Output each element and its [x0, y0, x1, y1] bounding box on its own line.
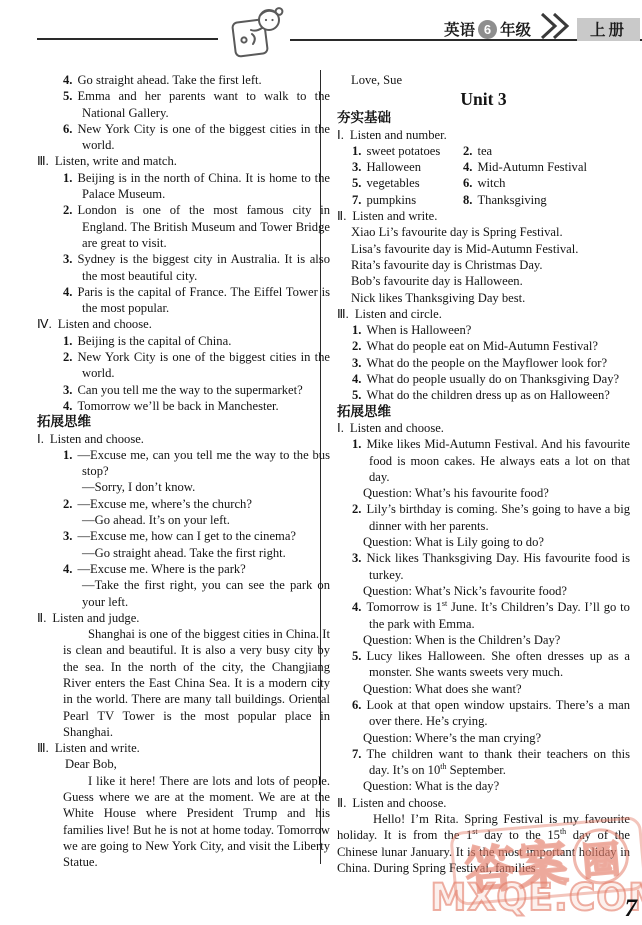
- item-text: Mid-Autumn Festival: [477, 160, 587, 174]
- list-item: 6.New York City is one of the biggest ci…: [37, 121, 330, 154]
- item-marker: 2.: [63, 203, 72, 217]
- item-text: Can you tell me the way to the supermark…: [77, 383, 302, 397]
- item-marker: 4.: [63, 399, 72, 413]
- item-marker: 1.: [352, 323, 361, 337]
- list-item: 2.—Excuse me, where’s the church?: [37, 496, 330, 512]
- item-marker: 4.: [352, 372, 361, 386]
- section-title: Listen and choose.: [58, 317, 152, 331]
- list-item: 5.vegetables: [352, 175, 463, 191]
- item-marker: 1.: [63, 171, 72, 185]
- list-item: 2.London is one of the most famous city …: [37, 202, 330, 251]
- answer-line: Lisa’s favourite day is Mid-Autumn Festi…: [337, 241, 630, 257]
- item-text: What do the people on the Mayflower look…: [366, 356, 607, 370]
- question-line: Question: What does she want?: [337, 681, 630, 697]
- item-marker: 4.: [463, 160, 472, 174]
- list-item: 2.New York City is one of the biggest ci…: [37, 349, 330, 382]
- answer-line: Nick likes Thanksgiving Day best.: [337, 290, 630, 306]
- paragraph: I like it here! There are lots and lots …: [37, 773, 330, 871]
- question-line: Question: What is Lily going to do?: [337, 534, 630, 550]
- item-text: Lily’s birthday is coming. She’s going t…: [366, 502, 630, 532]
- section-numeral: Ⅱ.: [337, 209, 346, 223]
- item-marker: 3.: [352, 551, 361, 565]
- paragraph: Hello! I’m Rita. Spring Festival is my f…: [337, 811, 630, 876]
- item-marker: 3.: [63, 529, 72, 543]
- section-title: Listen and write.: [55, 741, 140, 755]
- item-text: —Excuse me, how can I get to the cinema?: [77, 529, 296, 543]
- list-item: 1.—Excuse me, can you tell me the way to…: [37, 447, 330, 480]
- item-text: —Excuse me, where’s the church?: [77, 497, 252, 511]
- item-marker: 2.: [63, 350, 72, 364]
- item-marker: 7.: [352, 747, 361, 761]
- section-numeral: Ⅲ.: [337, 307, 349, 321]
- item-marker: 2.: [352, 502, 361, 516]
- item-text: Nick likes Thanksgiving Day. His favouri…: [366, 551, 630, 581]
- question-line: Question: What’s his favourite food?: [337, 485, 630, 501]
- dialog-reply: —Go ahead. It’s on your left.: [37, 512, 330, 528]
- subject-label: 英语: [444, 18, 475, 40]
- item-marker: 1.: [352, 437, 361, 451]
- section-title: Listen and circle.: [355, 307, 442, 321]
- item-marker: 2.: [463, 144, 472, 158]
- list-item: 4.What do people usually do on Thanksgiv…: [337, 371, 630, 387]
- list-item: 3.—Excuse me, how can I get to the cinem…: [37, 528, 330, 544]
- item-text: Mike likes Mid-Autumn Festival. And his …: [366, 437, 630, 484]
- list-item: 6.Look at that open window upstairs. The…: [337, 697, 630, 730]
- item-text: Halloween: [366, 160, 421, 174]
- section-numeral: Ⅰ.: [337, 128, 344, 142]
- letter-salutation: Dear Bob,: [37, 756, 330, 772]
- section-heading: Ⅱ.Listen and judge.: [37, 610, 330, 626]
- right-column: Love, Sue Unit 3 夯实基础 Ⅰ.Listen and numbe…: [337, 72, 630, 876]
- item-marker: 2.: [63, 497, 72, 511]
- item-marker: 1.: [63, 448, 72, 462]
- item-text: Sydney is the biggest city in Australia.…: [77, 252, 330, 282]
- item-text: tea: [477, 144, 492, 158]
- item-text: New York City is one of the biggest citi…: [77, 122, 330, 152]
- item-text: What do people eat on Mid-Autumn Festiva…: [366, 339, 598, 353]
- page-number: 7: [625, 895, 638, 923]
- section-heading: Ⅱ.Listen and write.: [337, 208, 630, 224]
- item-text: New York City is one of the biggest citi…: [77, 350, 330, 380]
- item-marker: 5.: [352, 649, 361, 663]
- section-title: Listen and choose.: [350, 421, 444, 435]
- item-marker: 2.: [352, 339, 361, 353]
- item-marker: 1.: [352, 144, 361, 158]
- question-line: Question: What is the day?: [337, 778, 630, 794]
- item-text: vegetables: [366, 176, 419, 190]
- item-marker: 4.: [63, 562, 72, 576]
- item-text: pumpkins: [366, 193, 416, 207]
- list-item: 2.tea: [463, 143, 630, 159]
- item-text: Go straight ahead. Take the first left.: [77, 73, 261, 87]
- list-item: 7.pumpkins: [352, 192, 463, 208]
- item-text: Beijing is the capital of China.: [77, 334, 231, 348]
- item-text: sweet potatoes: [366, 144, 440, 158]
- edition-label: 英语 6 年级 上册: [444, 15, 640, 43]
- chinese-section-heading: 拓展思维: [337, 404, 630, 420]
- grade-suffix-label: 年级: [500, 18, 531, 40]
- section-title: Listen and number.: [350, 128, 447, 142]
- item-marker: 5.: [352, 388, 361, 402]
- item-marker: 4.: [352, 600, 361, 614]
- list-item: 2.Lily’s birthday is coming. She’s going…: [337, 501, 630, 534]
- left-column: 4.Go straight ahead. Take the first left…: [37, 72, 330, 871]
- section-title: Listen and write.: [352, 209, 437, 223]
- item-marker: 4.: [63, 73, 72, 87]
- section-numeral: Ⅱ.: [37, 611, 46, 625]
- item-text: Look at that open window upstairs. There…: [366, 698, 630, 728]
- item-text: —Excuse me, can you tell me the way to t…: [77, 448, 330, 478]
- dialog-reply: —Sorry, I don’t know.: [37, 479, 330, 495]
- list-item: 3.What do the people on the Mayflower lo…: [337, 355, 630, 371]
- list-item: 3.Can you tell me the way to the superma…: [37, 382, 330, 398]
- list-item: 6.witch: [463, 175, 630, 191]
- section-title: Listen and judge.: [52, 611, 139, 625]
- section-heading: Ⅲ.Listen, write and match.: [37, 153, 330, 169]
- section-title: Listen and choose.: [50, 432, 144, 446]
- list-item: 1.When is Halloween?: [337, 322, 630, 338]
- section-numeral: Ⅲ.: [37, 154, 49, 168]
- section-title: Listen and choose.: [352, 796, 446, 810]
- item-text: London is one of the most famous city in…: [77, 203, 330, 250]
- list-item: 5.What do the children dress up as on Ha…: [337, 387, 630, 403]
- question-line: Question: When is the Children’s Day?: [337, 632, 630, 648]
- item-text: Thanksgiving: [477, 193, 546, 207]
- letter-signature: Love, Sue: [337, 72, 630, 88]
- item-text: What do people usually do on Thanksgivin…: [366, 372, 619, 386]
- section-title: Listen, write and match.: [55, 154, 177, 168]
- volume-label: 上册: [577, 18, 640, 41]
- list-item: 4.Go straight ahead. Take the first left…: [37, 72, 330, 88]
- item-marker: 1.: [63, 334, 72, 348]
- chinese-section-heading: 夯实基础: [337, 110, 630, 126]
- site-watermark: MXQE.COM: [430, 876, 642, 919]
- list-item: 3.Sydney is the biggest city in Australi…: [37, 251, 330, 284]
- section-heading: Ⅲ.Listen and write.: [37, 740, 330, 756]
- section-heading: Ⅰ.Listen and choose.: [337, 420, 630, 436]
- item-marker: 4.: [63, 285, 72, 299]
- section-heading: Ⅲ.Listen and circle.: [337, 306, 630, 322]
- list-item: 1.Mike likes Mid-Autumn Festival. And hi…: [337, 436, 630, 485]
- list-item: 1.Beijing is in the north of China. It i…: [37, 170, 330, 203]
- section-numeral: Ⅰ.: [37, 432, 44, 446]
- unit-title: Unit 3: [337, 88, 630, 110]
- list-item: 4.Tomorrow is 1st June. It’s Children’s …: [337, 599, 630, 632]
- list-item: 2.What do people eat on Mid-Autumn Festi…: [337, 338, 630, 354]
- section-heading: Ⅱ.Listen and choose.: [337, 795, 630, 811]
- paragraph-text: day to the 15: [478, 828, 560, 842]
- item-marker: 3.: [63, 252, 72, 266]
- item-marker: 6.: [463, 176, 472, 190]
- list-item: 4.—Excuse me. Where is the park?: [37, 561, 330, 577]
- item-marker: 3.: [63, 383, 72, 397]
- item-text: Beijing is in the north of China. It is …: [77, 171, 330, 201]
- item-marker: 6.: [352, 698, 361, 712]
- number-word-list: 1.sweet potatoes 2.tea 3.Halloween 4.Mid…: [337, 143, 630, 208]
- list-item: 3.Nick likes Thanksgiving Day. His favou…: [337, 550, 630, 583]
- item-text: witch: [477, 176, 505, 190]
- list-item: 4.Paris is the capital of France. The Ei…: [37, 284, 330, 317]
- header-rule-left: [37, 38, 218, 40]
- item-text: Emma and her parents want to walk to the…: [77, 89, 330, 119]
- answer-line: Xiao Li’s favourite day is Spring Festiv…: [337, 224, 630, 240]
- section-heading: Ⅳ.Listen and choose.: [37, 316, 330, 332]
- section-numeral: Ⅰ.: [337, 421, 344, 435]
- item-marker: 6.: [63, 122, 72, 136]
- list-item: 4.Tomorrow we’ll be back in Manchester.: [37, 398, 330, 414]
- list-item: 7.The children want to thank their teach…: [337, 746, 630, 779]
- section-numeral: Ⅲ.: [37, 741, 49, 755]
- list-item: 8.Thanksgiving: [463, 192, 630, 208]
- item-text: What do the children dress up as on Hall…: [366, 388, 609, 402]
- item-marker: 3.: [352, 160, 361, 174]
- list-item: 1.sweet potatoes: [352, 143, 463, 159]
- answer-line: Rita’s favourite day is Christmas Day.: [337, 257, 630, 273]
- question-line: Question: Where’s the man crying?: [337, 730, 630, 746]
- list-item: 3.Halloween: [352, 159, 463, 175]
- chinese-section-heading: 拓展思维: [37, 414, 330, 430]
- list-item: 1.Beijing is the capital of China.: [37, 333, 330, 349]
- list-item: 5.Emma and her parents want to walk to t…: [37, 88, 330, 121]
- dialog-reply: —Go straight ahead. Take the first right…: [37, 545, 330, 561]
- list-item: 4.Mid-Autumn Festival: [463, 159, 630, 175]
- item-text: Lucy likes Halloween. She often dresses …: [366, 649, 630, 679]
- item-marker: 5.: [352, 176, 361, 190]
- item-marker: 7.: [352, 193, 361, 207]
- grade-badge: 6: [478, 20, 497, 39]
- section-heading: Ⅰ.Listen and number.: [337, 127, 630, 143]
- section-numeral: Ⅱ.: [337, 796, 346, 810]
- answer-line: Bob’s favourite day is Halloween.: [337, 273, 630, 289]
- question-line: Question: What’s Nick’s favourite food?: [337, 583, 630, 599]
- paragraph: Shanghai is one of the biggest cities in…: [37, 626, 330, 740]
- mascot-illustration: [228, 5, 286, 61]
- list-item: 5.Lucy likes Halloween. She often dresse…: [337, 648, 630, 681]
- item-text: When is Halloween?: [366, 323, 471, 337]
- chevron-right-icon: [539, 12, 573, 40]
- item-marker: 3.: [352, 356, 361, 370]
- item-text: —Excuse me. Where is the park?: [77, 562, 245, 576]
- item-text: Tomorrow is 1: [366, 600, 441, 614]
- item-text: September.: [446, 763, 505, 777]
- section-numeral: Ⅳ.: [37, 317, 52, 331]
- item-text: Paris is the capital of France. The Eiff…: [77, 285, 330, 315]
- dialog-reply: —Take the first right, you can see the p…: [37, 577, 330, 610]
- section-heading: Ⅰ.Listen and choose.: [37, 431, 330, 447]
- item-text: Tomorrow we’ll be back in Manchester.: [77, 399, 278, 413]
- item-marker: 8.: [463, 193, 472, 207]
- item-marker: 5.: [63, 89, 72, 103]
